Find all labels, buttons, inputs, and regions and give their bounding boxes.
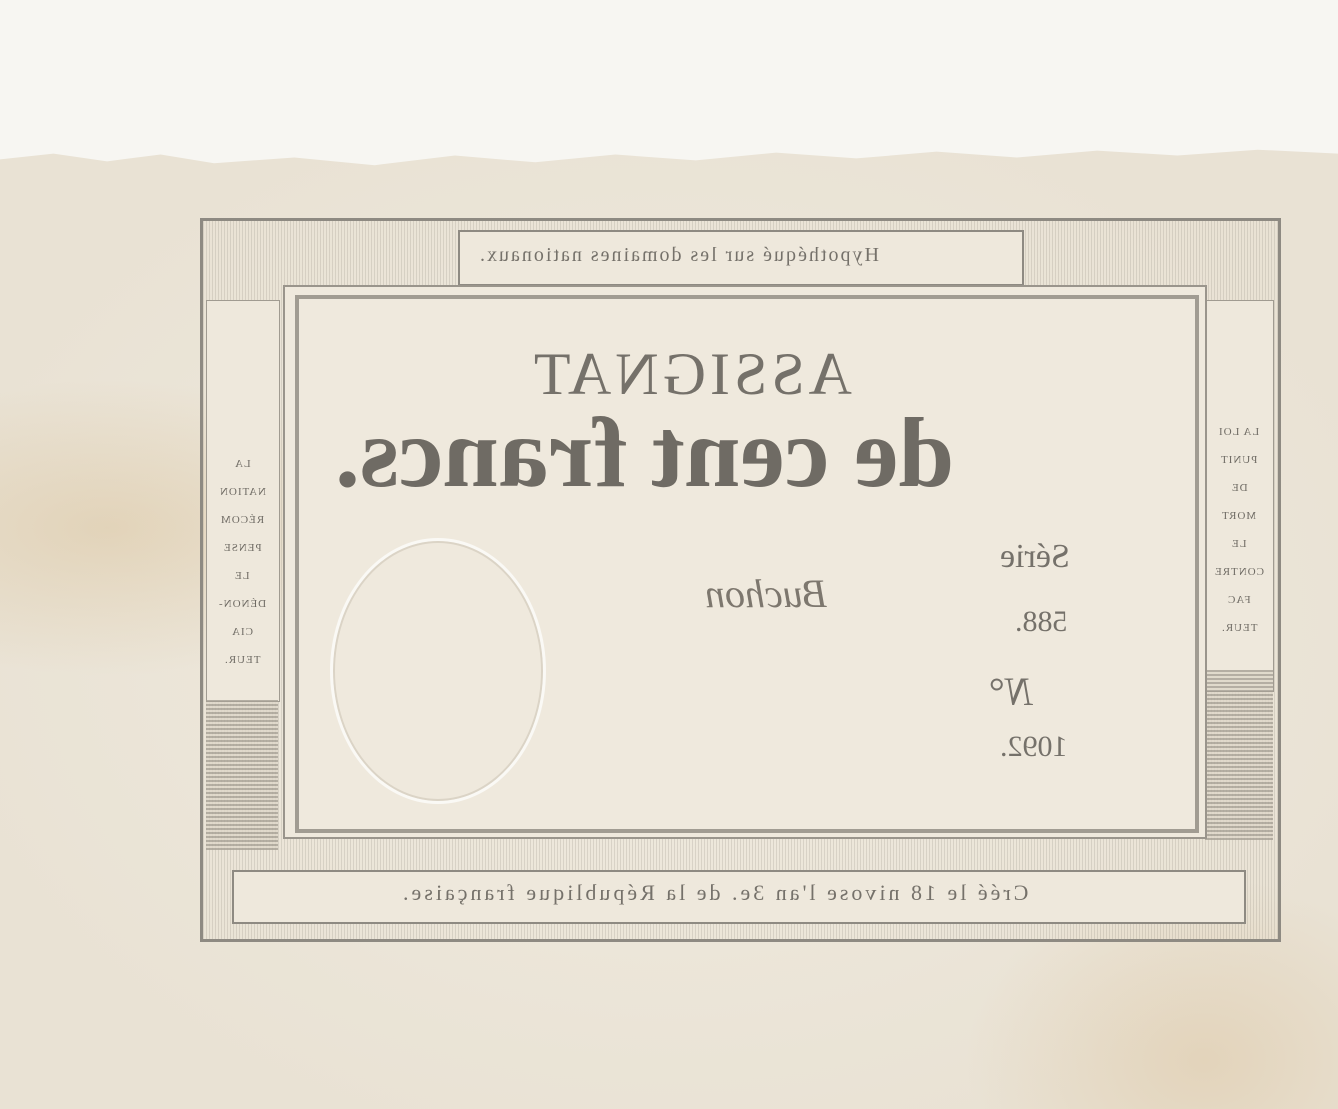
serie-label: Série: [1000, 538, 1070, 576]
number-value: 1092.: [1000, 730, 1068, 764]
top-band-text: Hypothéqué sur les domaines nationaux.: [478, 244, 879, 267]
right-column-text: LA LOI PUNIT DE MORT LE CONTRE FAC TEUR.: [1203, 418, 1275, 642]
title-denomination: de cent francs.: [335, 395, 954, 510]
bottom-band-text: Créé le 18 nivose l'an 3e. de la Républi…: [400, 880, 1028, 906]
serie-number: 588.: [1015, 605, 1068, 639]
left-pillar-ornament: [206, 700, 278, 850]
signature: Buchon: [705, 570, 827, 617]
embossed-seal: [330, 538, 546, 804]
right-pillar-ornament: [1205, 670, 1273, 840]
number-label: N°: [990, 668, 1033, 715]
left-column-text: LA NATION RÉCOM PENSE LE DÉNON- CIA TEUR…: [206, 450, 278, 674]
